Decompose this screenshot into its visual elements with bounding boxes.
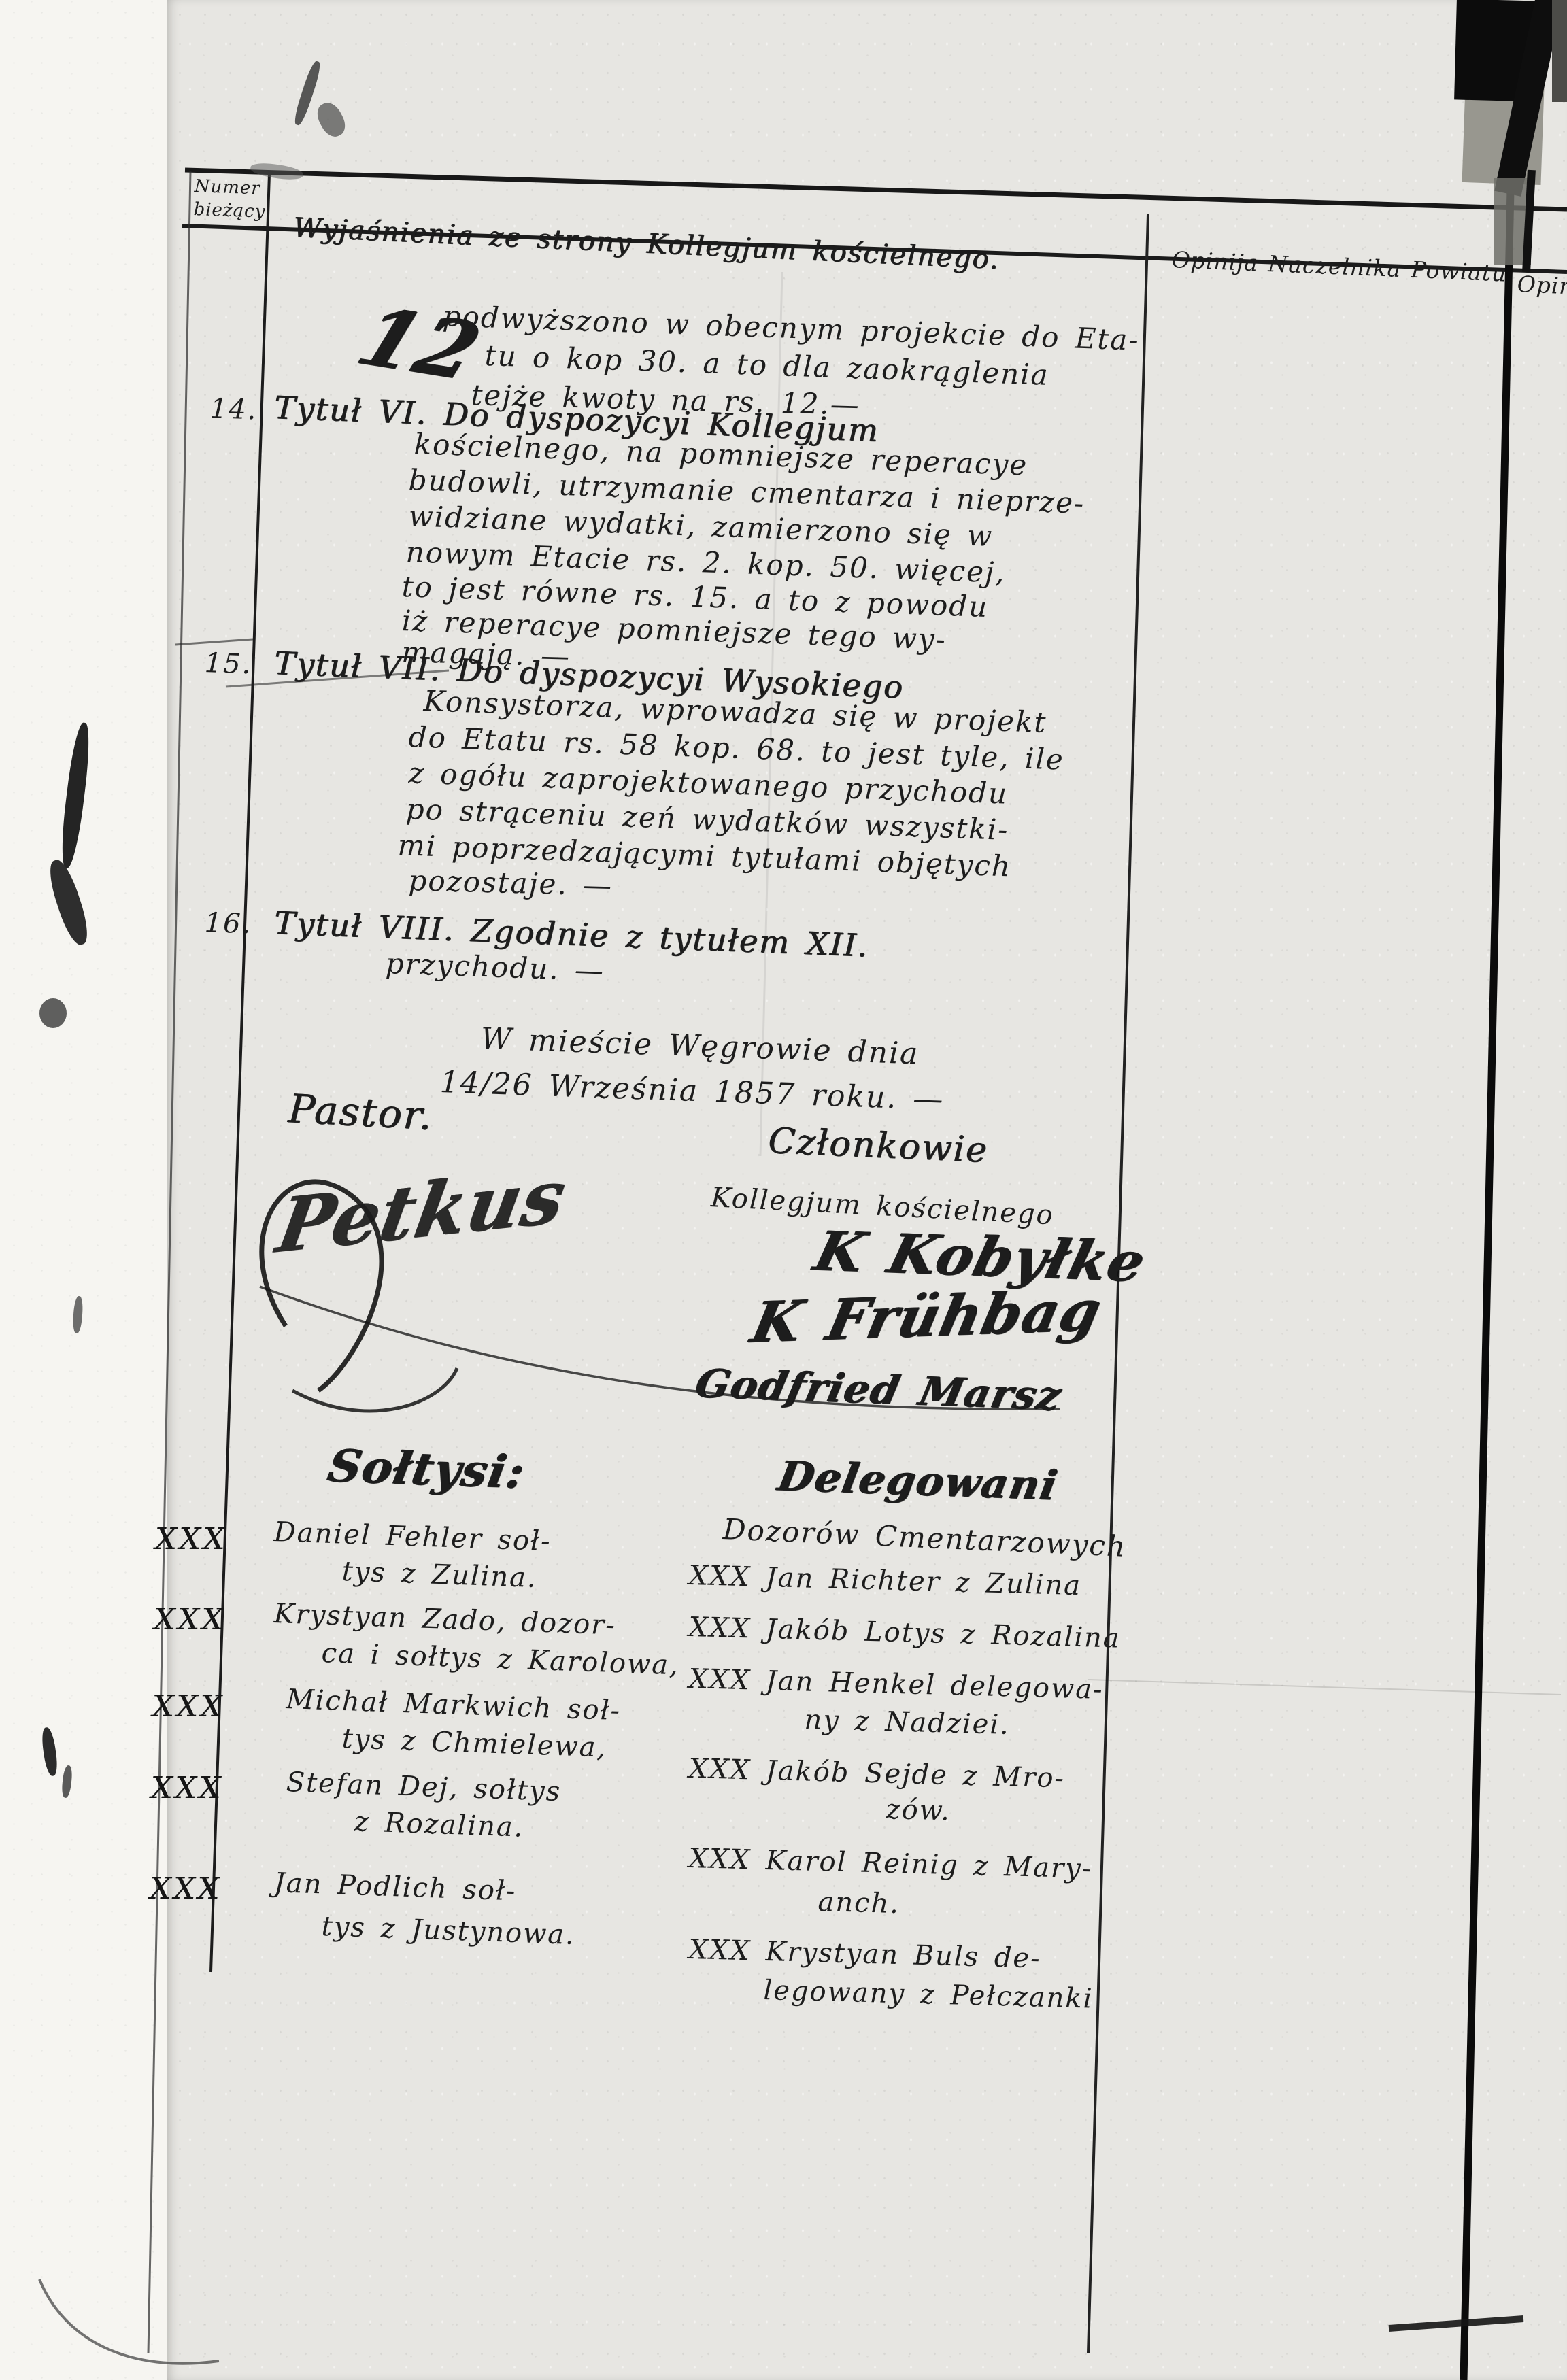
scanned-archival-document: { "page": { "header": { "col_margin": "N… xyxy=(0,0,1567,2380)
delegowany-entry-line: zów. xyxy=(886,1794,951,1826)
attestation-mark: XXX xyxy=(150,1871,222,1906)
margin-number: 16. xyxy=(204,907,252,940)
delegowani-heading: Delegowani xyxy=(774,1452,1061,1510)
handwritten-line: pozostaje. — xyxy=(408,864,613,902)
margin-number: 15. xyxy=(204,647,252,680)
delegowany-entry-line: ny z Nadziei. xyxy=(804,1704,1010,1741)
delegowany-entry-line: anch. xyxy=(818,1886,900,1920)
member-signature: K Frühbag xyxy=(745,1278,1107,1356)
attestation-mark: XXX xyxy=(154,1602,226,1637)
opinion-column-header-cutoff: Opinij xyxy=(1517,271,1567,300)
attestation-mark: XXX xyxy=(151,1771,223,1805)
soltysi-heading: Sołtysi: xyxy=(324,1439,529,1499)
pastor-label: Pastor. xyxy=(287,1085,434,1139)
left-edge-spot xyxy=(39,998,67,1028)
attestation-mark: XXX xyxy=(155,1522,227,1557)
film-clip-edge-shadow xyxy=(1552,0,1567,102)
attestation-mark: XXX xyxy=(152,1689,224,1724)
margin-number: 14. xyxy=(209,393,258,426)
margin-column-header: Numer bieżący xyxy=(193,175,263,224)
soltys-entry-line: z Rozalina. xyxy=(354,1806,524,1843)
